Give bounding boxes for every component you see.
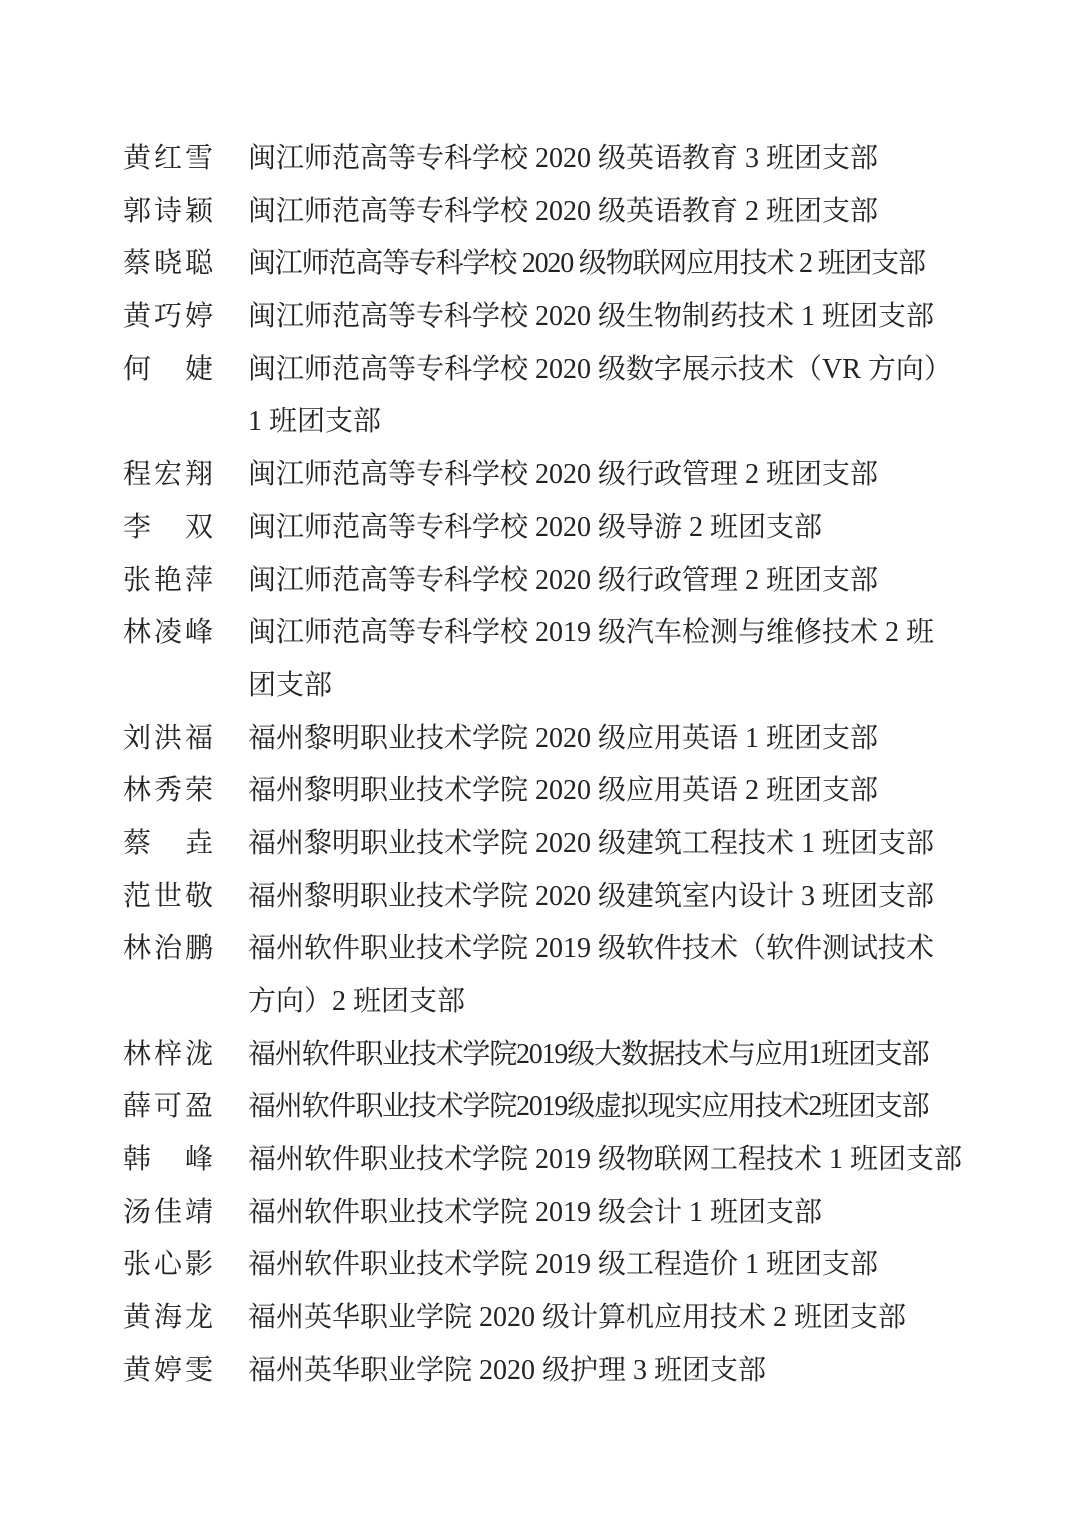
member-name: 蔡垚 [123,818,213,871]
org-name: 福州英华职业学院 2020 级护理 3 班团支部 [248,1345,983,1398]
org-line: 福州软件职业技术学院 2019 级工程造价 1 班团支部 [248,1239,983,1292]
member-name: 李双 [123,502,213,555]
org-name: 福州软件职业技术学院 2019 级会计 1 班团支部 [248,1187,983,1240]
org-name: 闽江师范高等专科学校 2020 级生物制药技术 1 班团支部 [248,291,983,344]
roster-row: 黄海龙福州英华职业学院 2020 级计算机应用技术 2 班团支部 [123,1292,983,1345]
org-name: 闽江师范高等专科学校 2020 级行政管理 2 班团支部 [248,449,983,502]
member-name: 黄海龙 [123,1292,213,1345]
org-line: 闽江师范高等专科学校 2020 级物联网应用技术 2 班团支部 [248,238,983,291]
org-line: 闽江师范高等专科学校 2020 级英语教育 3 班团支部 [248,133,983,186]
org-name: 福州软件职业技术学院 2019 级软件技术（软件测试技术方向）2 班团支部 [248,923,983,1028]
member-name: 汤佳靖 [123,1187,213,1240]
org-line: 闽江师范高等专科学校 2020 级导游 2 班团支部 [248,502,983,555]
org-line: 闽江师范高等专科学校 2020 级数字展示技术（VR 方向） [248,344,983,397]
roster-row: 范世敬福州黎明职业技术学院 2020 级建筑室内设计 3 班团支部 [123,871,983,924]
member-name: 范世敬 [123,871,213,924]
org-line: 福州黎明职业技术学院 2020 级应用英语 1 班团支部 [248,713,983,766]
org-line: 福州黎明职业技术学院 2020 级应用英语 2 班团支部 [248,765,983,818]
member-name: 程宏翔 [123,449,213,502]
org-line: 闽江师范高等专科学校 2020 级行政管理 2 班团支部 [248,449,983,502]
member-name: 林秀荣 [123,765,213,818]
roster-row: 程宏翔闽江师范高等专科学校 2020 级行政管理 2 班团支部 [123,449,983,502]
org-name: 福州英华职业学院 2020 级计算机应用技术 2 班团支部 [248,1292,983,1345]
member-name: 林治鹏 [123,923,213,976]
member-name: 黄婷雯 [123,1345,213,1398]
member-name: 何婕 [123,344,213,397]
org-line: 福州软件职业技术学院2019级大数据技术与应用1班团支部 [248,1029,983,1082]
member-name: 薛可盈 [123,1081,213,1134]
org-name: 闽江师范高等专科学校 2020 级导游 2 班团支部 [248,502,983,555]
roster-row: 林秀荣福州黎明职业技术学院 2020 级应用英语 2 班团支部 [123,765,983,818]
org-name: 福州软件职业技术学院2019级大数据技术与应用1班团支部 [248,1029,983,1082]
org-line: 福州黎明职业技术学院 2020 级建筑工程技术 1 班团支部 [248,818,983,871]
roster-row: 汤佳靖福州软件职业技术学院 2019 级会计 1 班团支部 [123,1187,983,1240]
org-name: 闽江师范高等专科学校 2020 级英语教育 3 班团支部 [248,133,983,186]
org-line: 福州英华职业学院 2020 级护理 3 班团支部 [248,1345,983,1398]
roster-row: 郭诗颖闽江师范高等专科学校 2020 级英语教育 2 班团支部 [123,186,983,239]
roster-row: 林凌峰闽江师范高等专科学校 2019 级汽车检测与维修技术 2 班团支部 [123,607,983,712]
org-line: 福州软件职业技术学院 2019 级软件技术（软件测试技术 [248,923,983,976]
member-name: 张艳萍 [123,555,213,608]
roster-row: 林梓泷福州软件职业技术学院2019级大数据技术与应用1班团支部 [123,1029,983,1082]
roster-row: 何婕闽江师范高等专科学校 2020 级数字展示技术（VR 方向）1 班团支部 [123,344,983,449]
org-name: 福州黎明职业技术学院 2020 级应用英语 2 班团支部 [248,765,983,818]
org-line: 团支部 [248,660,983,713]
org-line: 闽江师范高等专科学校 2020 级英语教育 2 班团支部 [248,186,983,239]
org-line: 福州软件职业技术学院 2019 级会计 1 班团支部 [248,1187,983,1240]
roster-list: 黄红雪闽江师范高等专科学校 2020 级英语教育 3 班团支部郭诗颖闽江师范高等… [123,133,983,1398]
roster-row: 李双闽江师范高等专科学校 2020 级导游 2 班团支部 [123,502,983,555]
document-page: 黄红雪闽江师范高等专科学校 2020 级英语教育 3 班团支部郭诗颖闽江师范高等… [0,0,1080,1527]
member-name: 林梓泷 [123,1029,213,1082]
org-line: 闽江师范高等专科学校 2020 级生物制药技术 1 班团支部 [248,291,983,344]
org-name: 福州黎明职业技术学院 2020 级建筑工程技术 1 班团支部 [248,818,983,871]
roster-row: 薛可盈福州软件职业技术学院2019级虚拟现实应用技术2班团支部 [123,1081,983,1134]
org-name: 闽江师范高等专科学校 2020 级英语教育 2 班团支部 [248,186,983,239]
org-line: 福州软件职业技术学院 2019 级物联网工程技术 1 班团支部 [248,1134,983,1187]
roster-row: 张艳萍闽江师范高等专科学校 2020 级行政管理 2 班团支部 [123,555,983,608]
org-name: 福州软件职业技术学院 2019 级物联网工程技术 1 班团支部 [248,1134,983,1187]
org-line: 福州软件职业技术学院2019级虚拟现实应用技术2班团支部 [248,1081,983,1134]
member-name: 郭诗颖 [123,186,213,239]
org-line: 闽江师范高等专科学校 2020 级行政管理 2 班团支部 [248,555,983,608]
member-name: 林凌峰 [123,607,213,660]
roster-row: 韩峰福州软件职业技术学院 2019 级物联网工程技术 1 班团支部 [123,1134,983,1187]
org-line: 1 班团支部 [248,396,983,449]
member-name: 黄巧婷 [123,291,213,344]
roster-row: 张心影福州软件职业技术学院 2019 级工程造价 1 班团支部 [123,1239,983,1292]
org-line: 方向）2 班团支部 [248,976,983,1029]
member-name: 蔡晓聪 [123,238,213,291]
org-name: 闽江师范高等专科学校 2019 级汽车检测与维修技术 2 班团支部 [248,607,983,712]
org-name: 福州软件职业技术学院2019级虚拟现实应用技术2班团支部 [248,1081,983,1134]
member-name: 黄红雪 [123,133,213,186]
org-line: 福州英华职业学院 2020 级计算机应用技术 2 班团支部 [248,1292,983,1345]
org-name: 福州黎明职业技术学院 2020 级应用英语 1 班团支部 [248,713,983,766]
member-name: 刘洪福 [123,713,213,766]
roster-row: 刘洪福福州黎明职业技术学院 2020 级应用英语 1 班团支部 [123,713,983,766]
roster-row: 蔡垚福州黎明职业技术学院 2020 级建筑工程技术 1 班团支部 [123,818,983,871]
org-name: 闽江师范高等专科学校 2020 级行政管理 2 班团支部 [248,555,983,608]
org-name: 福州黎明职业技术学院 2020 级建筑室内设计 3 班团支部 [248,871,983,924]
roster-row: 黄巧婷闽江师范高等专科学校 2020 级生物制药技术 1 班团支部 [123,291,983,344]
roster-row: 林治鹏福州软件职业技术学院 2019 级软件技术（软件测试技术方向）2 班团支部 [123,923,983,1028]
roster-row: 黄红雪闽江师范高等专科学校 2020 级英语教育 3 班团支部 [123,133,983,186]
roster-row: 黄婷雯福州英华职业学院 2020 级护理 3 班团支部 [123,1345,983,1398]
org-name: 闽江师范高等专科学校 2020 级物联网应用技术 2 班团支部 [248,238,983,291]
member-name: 张心影 [123,1239,213,1292]
org-name: 福州软件职业技术学院 2019 级工程造价 1 班团支部 [248,1239,983,1292]
org-line: 闽江师范高等专科学校 2019 级汽车检测与维修技术 2 班 [248,607,983,660]
org-name: 闽江师范高等专科学校 2020 级数字展示技术（VR 方向）1 班团支部 [248,344,983,449]
member-name: 韩峰 [123,1134,213,1187]
org-line: 福州黎明职业技术学院 2020 级建筑室内设计 3 班团支部 [248,871,983,924]
roster-row: 蔡晓聪闽江师范高等专科学校 2020 级物联网应用技术 2 班团支部 [123,238,983,291]
